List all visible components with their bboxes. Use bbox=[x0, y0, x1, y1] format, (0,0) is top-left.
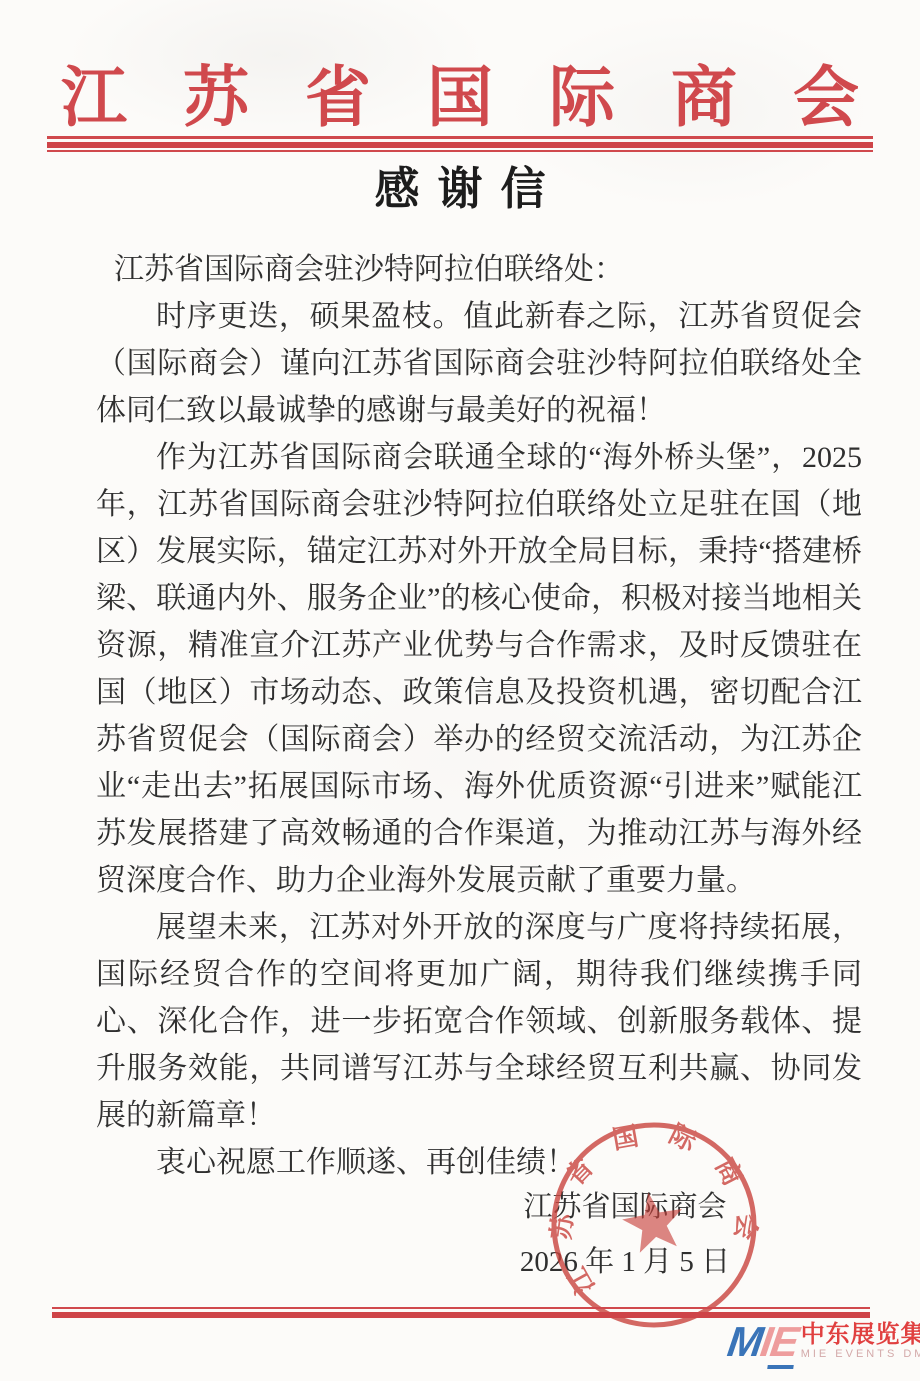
letterhead-org-name: 江苏省国际商会 bbox=[0, 44, 920, 139]
mie-logo-text: 中东展览集团 MIE EVENTS DMCC bbox=[801, 1322, 920, 1361]
letter-title: 感谢信 bbox=[0, 152, 920, 217]
header-divider-line-thick bbox=[47, 142, 873, 148]
paragraph-4: 衷心祝愿工作顺遂、再创佳绩！ bbox=[96, 1139, 862, 1186]
letter-body: 江苏省国际商会驻沙特阿拉伯联络处： 时序更迭，硕果盈枝。值此新春之际，江苏省贸促… bbox=[96, 246, 862, 1186]
salutation: 江苏省国际商会驻沙特阿拉伯联络处： bbox=[96, 246, 862, 293]
footer-divider bbox=[52, 1307, 870, 1318]
mie-logo-en-name: MIE EVENTS DMCC bbox=[801, 1348, 920, 1361]
signature-date: 2026 年 1 月 5 日 bbox=[505, 1235, 745, 1290]
header-divider-line-thin-top bbox=[47, 136, 873, 139]
signature-block: 江苏省国际商会 2026 年 1 月 5 日 bbox=[505, 1180, 745, 1290]
paragraph-3: 展望未来，江苏对外开放的深度与广度将持续拓展，国际经贸合作的空间将更加广阔，期待… bbox=[96, 904, 862, 1139]
signature-org-name: 江苏省国际商会 bbox=[505, 1180, 745, 1235]
header-divider bbox=[47, 136, 873, 152]
paragraph-1: 时序更迭，硕果盈枝。值此新春之际，江苏省贸促会（国际商会）谨向江苏省国际商会驻沙… bbox=[96, 293, 862, 434]
letter-page: 江苏省国际商会 感谢信 江苏省国际商会驻沙特阿拉伯联络处： 时序更迭，硕果盈枝。… bbox=[0, 0, 920, 1381]
mie-logo-mark-icon: MIE bbox=[725, 1322, 799, 1362]
mie-logo-cn-name: 中东展览集团 bbox=[801, 1322, 920, 1348]
footer-divider-line-thin bbox=[52, 1307, 870, 1309]
paragraph-2: 作为江苏省国际商会联通全球的“海外桥头堡”，2025年，江苏省国际商会驻沙特阿拉… bbox=[96, 434, 862, 904]
mie-logo: MIE 中东展览集团 MIE EVENTS DMCC bbox=[728, 1322, 920, 1362]
